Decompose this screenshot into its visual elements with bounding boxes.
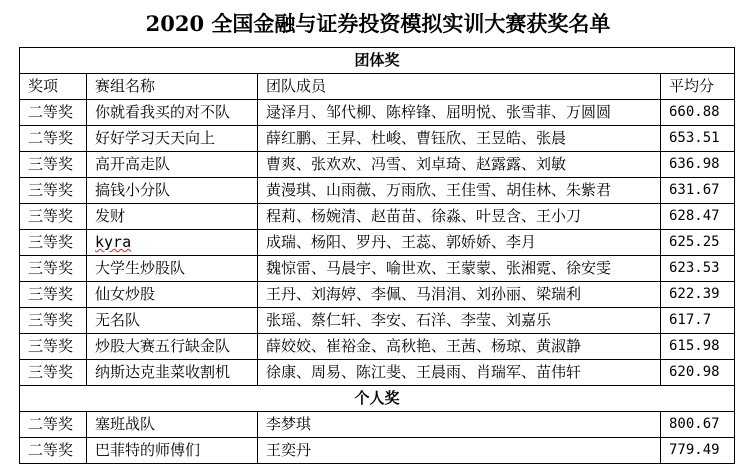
members-cell: 李梦琪 [258,412,661,438]
score-cell: 628.47 [661,204,735,230]
score-cell: 631.67 [661,178,735,204]
table-row: 三等奖纳斯达克韭菜收割机徐康、周易、陈江斐、王晨雨、肖瑞军、苗伟轩620.98 [20,360,735,386]
table-row: 二等奖你就看我买的对不队逯泽月、邹代柳、陈梓锋、屈明悦、张雪菲、万圆圆660.8… [20,100,735,126]
award-cell: 二等奖 [20,100,87,126]
award-cell: 三等奖 [20,282,87,308]
table-row: 三等奖大学生炒股队魏惊雷、马晨宇、喻世欢、王蒙蒙、张湘霓、徐安雯623.53 [20,256,735,282]
table-row: 三等奖搞钱小分队黄漫琪、山雨薇、万雨欣、王佳雪、胡佳林、朱紫君631.67 [20,178,735,204]
team-award-label: 团体奖 [20,48,735,74]
award-cell: 三等奖 [20,230,87,256]
team-name-cell: 发财 [87,204,258,230]
score-cell: 653.51 [661,126,735,152]
members-cell: 薛红鹏、王昇、杜峻、曹钰欣、王昱皓、张晨 [258,126,661,152]
score-cell: 625.25 [661,230,735,256]
team-name-cell: 你就看我买的对不队 [87,100,258,126]
award-cell: 二等奖 [20,412,87,438]
table-row: 三等奖高开高走队曹爽、张欢欢、冯雪、刘卓琦、赵露露、刘敏636.98 [20,152,735,178]
awards-table: 团体奖 奖项 赛组名称 团队成员 平均分 二等奖你就看我买的对不队逯泽月、邹代柳… [19,47,735,464]
score-cell: 636.98 [661,152,735,178]
col-score: 平均分 [661,74,735,100]
col-members: 团队成员 [258,74,661,100]
team-name-cell: 纳斯达克韭菜收割机 [87,360,258,386]
table-row: 三等奖仙女炒股王丹、刘海婷、李佩、马涓涓、刘孙丽、梁瑞利622.39 [20,282,735,308]
members-cell: 黄漫琪、山雨薇、万雨欣、王佳雪、胡佳林、朱紫君 [258,178,661,204]
team-name-cell: 仙女炒股 [87,282,258,308]
award-cell: 三等奖 [20,204,87,230]
score-cell: 620.98 [661,360,735,386]
members-cell: 逯泽月、邹代柳、陈梓锋、屈明悦、张雪菲、万圆圆 [258,100,661,126]
members-cell: 成瑞、杨阳、罗丹、王蕊、郭娇娇、李月 [258,230,661,256]
table-row: 三等奖发财程莉、杨婉清、赵苗苗、徐淼、叶昱含、王小刀628.47 [20,204,735,230]
table-row: 二等奖巴菲特的师傅们王奕丹779.49 [20,438,735,464]
team-name-cell: 搞钱小分队 [87,178,258,204]
score-cell: 615.98 [661,334,735,360]
award-cell: 二等奖 [20,438,87,464]
score-cell: 622.39 [661,282,735,308]
col-award: 奖项 [20,74,87,100]
team-name-cell: 无名队 [87,308,258,334]
score-cell: 623.53 [661,256,735,282]
score-cell: 660.88 [661,100,735,126]
individual-section-header: 个人奖 [20,386,735,412]
column-header-row: 奖项 赛组名称 团队成员 平均分 [20,74,735,100]
team-name-cell: kyra [87,230,258,256]
members-cell: 王丹、刘海婷、李佩、马涓涓、刘孙丽、梁瑞利 [258,282,661,308]
award-cell: 三等奖 [20,360,87,386]
team-name-cell: 炒股大赛五行缺金队 [87,334,258,360]
members-cell: 程莉、杨婉清、赵苗苗、徐淼、叶昱含、王小刀 [258,204,661,230]
team-name-cell: 巴菲特的师傅们 [87,438,258,464]
table-row: 二等奖塞班战队李梦琪800.67 [20,412,735,438]
spellcheck-underlined-text: kyra [95,233,131,251]
award-cell: 三等奖 [20,334,87,360]
score-cell: 779.49 [661,438,735,464]
document-title: 2020 全国金融与证券投资模拟实训大赛获奖名单 [0,8,756,38]
table-row: 三等奖炒股大赛五行缺金队薛姣姣、崔裕金、高秋艳、王茜、杨琼、黄淑静615.98 [20,334,735,360]
award-cell: 三等奖 [20,152,87,178]
award-cell: 二等奖 [20,126,87,152]
members-cell: 张瑶、蔡仁轩、李安、石洋、李莹、刘嘉乐 [258,308,661,334]
team-name-cell: 塞班战队 [87,412,258,438]
award-cell: 三等奖 [20,178,87,204]
score-cell: 617.7 [661,308,735,334]
members-cell: 王奕丹 [258,438,661,464]
members-cell: 曹爽、张欢欢、冯雪、刘卓琦、赵露露、刘敏 [258,152,661,178]
team-section-header: 团体奖 [20,48,735,74]
team-name-cell: 大学生炒股队 [87,256,258,282]
table-row: 二等奖好好学习天天向上薛红鹏、王昇、杜峻、曹钰欣、王昱皓、张晨653.51 [20,126,735,152]
members-cell: 薛姣姣、崔裕金、高秋艳、王茜、杨琼、黄淑静 [258,334,661,360]
team-name-cell: 好好学习天天向上 [87,126,258,152]
individual-award-label: 个人奖 [20,386,735,412]
members-cell: 徐康、周易、陈江斐、王晨雨、肖瑞军、苗伟轩 [258,360,661,386]
table-row: 三等奖无名队张瑶、蔡仁轩、李安、石洋、李莹、刘嘉乐617.7 [20,308,735,334]
award-cell: 三等奖 [20,308,87,334]
col-team: 赛组名称 [87,74,258,100]
table-row: 三等奖kyra成瑞、杨阳、罗丹、王蕊、郭娇娇、李月625.25 [20,230,735,256]
score-cell: 800.67 [661,412,735,438]
award-cell: 三等奖 [20,256,87,282]
members-cell: 魏惊雷、马晨宇、喻世欢、王蒙蒙、张湘霓、徐安雯 [258,256,661,282]
team-name-cell: 高开高走队 [87,152,258,178]
